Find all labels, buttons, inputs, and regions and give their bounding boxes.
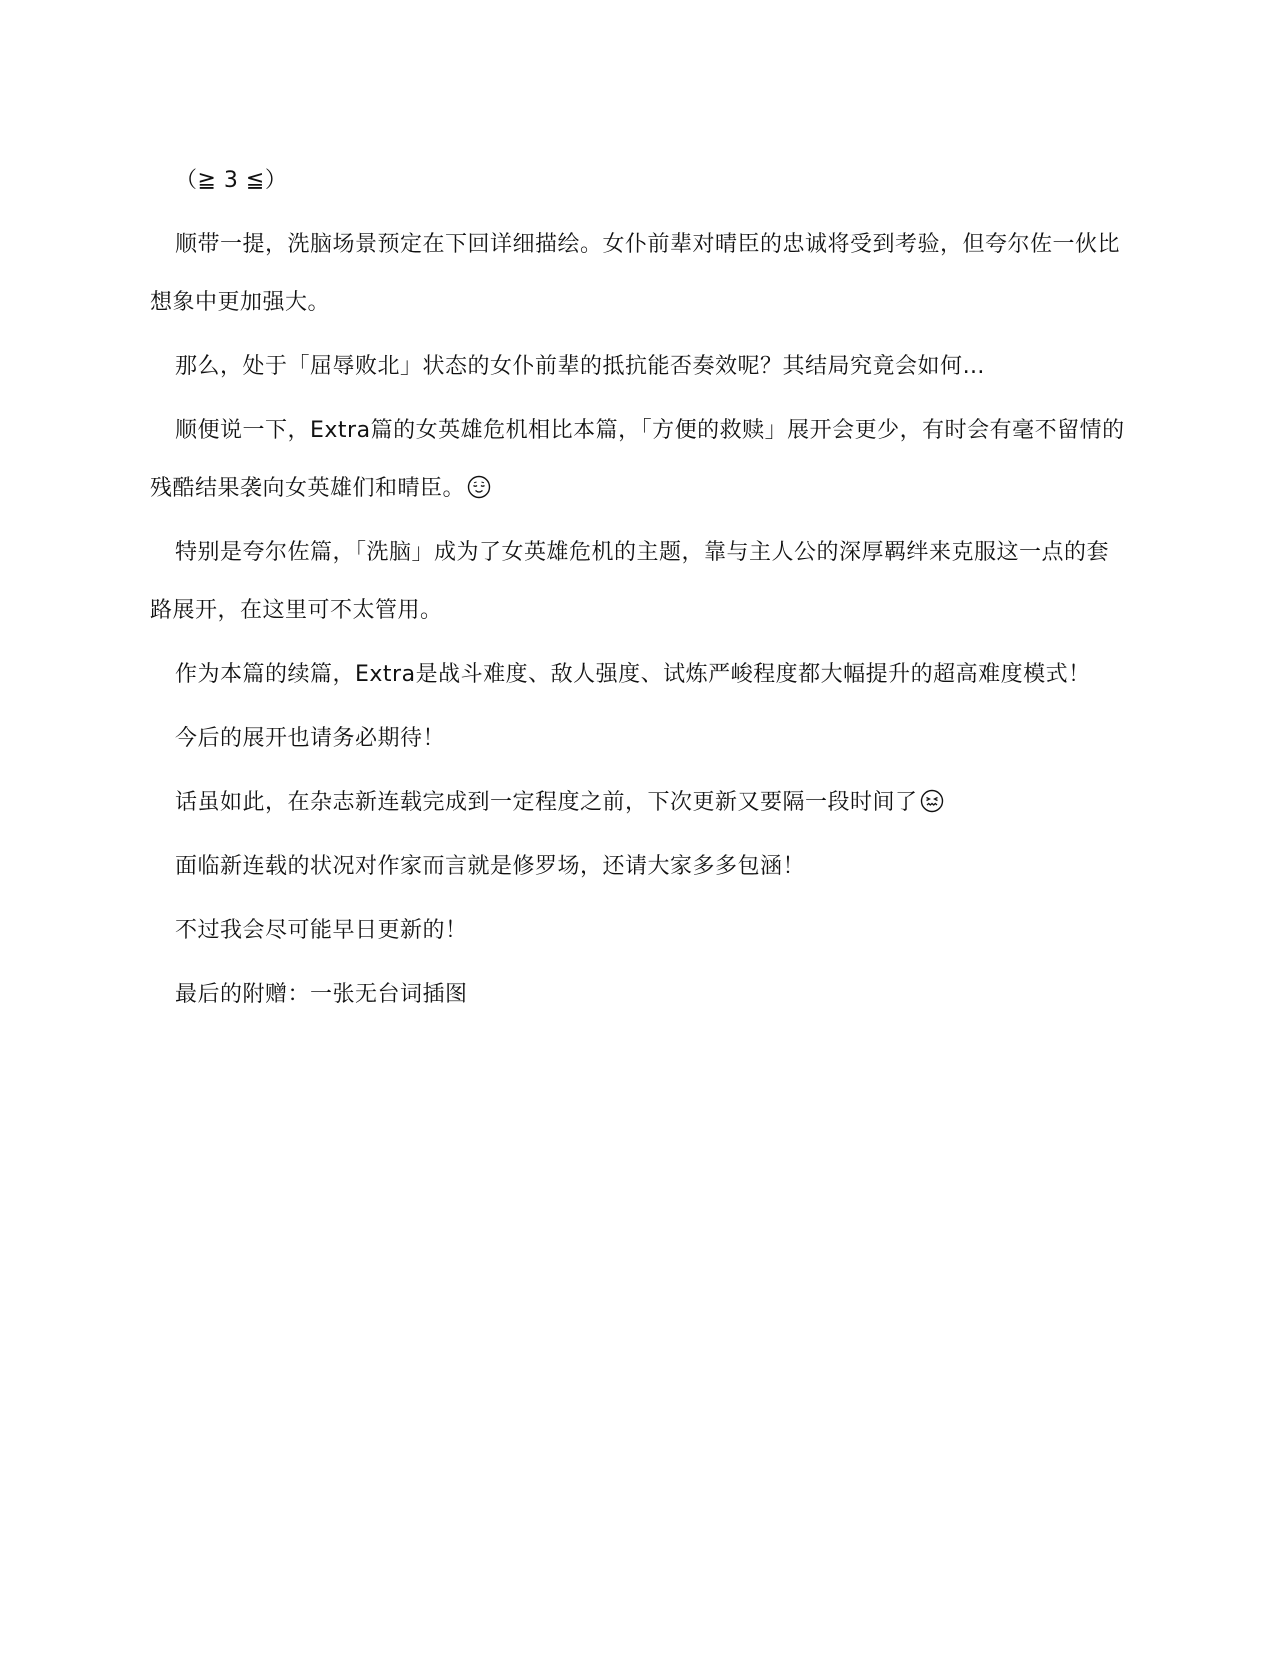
paragraph-bonus-illustration: 最后的附赠：一张无台词插图 bbox=[150, 966, 1130, 1024]
paragraph-serialization-apology: 面临新连载的状况对作家而言就是修罗场，还请大家多多包涵！ bbox=[150, 838, 1130, 896]
paragraph-quarzo-arc: 特别是夸尔佐篇，「洗脑」成为了女英雄危机的主题，靠与主人公的深厚羁绊来克服这一点… bbox=[150, 524, 1130, 640]
paragraph-update-promise: 不过我会尽可能早日更新的！ bbox=[150, 902, 1130, 960]
paragraph-text: 特别是夸尔佐篇，「洗脑」成为了女英雄危机的主题，靠与主人公的深厚羁绊来克服这一点… bbox=[150, 540, 1109, 623]
paragraph-text: 话虽如此，在杂志新连载完成到一定程度之前，下次更新又要隔一段时间了 bbox=[175, 790, 918, 815]
relieved-face-icon bbox=[467, 475, 491, 499]
paragraph-defeat-question: 那么，处于「屈辱败北」状态的女仆前辈的抵抗能否奏效呢？其结局究竟会如何… bbox=[150, 338, 1130, 396]
paragraph-text: （≧ 3 ≦） bbox=[175, 168, 287, 193]
paragraph-text: 作为本篇的续篇，Extra是战斗难度、敌人强度、试炼严峻程度都大幅提升的超高难度… bbox=[175, 662, 1091, 687]
paragraph-extra-chapter: 顺便说一下，Extra篇的女英雄危机相比本篇，「方便的救赎」展开会更少，有时会有… bbox=[150, 402, 1130, 518]
paragraph-brainwash-scene: 顺带一提，洗脑场景预定在下回详细描绘。女仆前辈对晴臣的忠诚将受到考验，但夸尔佐一… bbox=[150, 216, 1130, 332]
paragraph-text: 面临新连载的状况对作家而言就是修罗场，还请大家多多包涵！ bbox=[175, 854, 805, 879]
confounded-face-icon bbox=[920, 789, 944, 813]
paragraph-text: 顺便说一下，Extra篇的女英雄危机相比本篇，「方便的救赎」展开会更少，有时会有… bbox=[150, 418, 1125, 501]
paragraph-text: 不过我会尽可能早日更新的！ bbox=[175, 918, 468, 943]
paragraph-text: 最后的附赠：一张无台词插图 bbox=[175, 982, 468, 1007]
paragraph-text: 那么，处于「屈辱败北」状态的女仆前辈的抵抗能否奏效呢？其结局究竟会如何… bbox=[175, 354, 985, 379]
paragraph-update-delay: 话虽如此，在杂志新连载完成到一定程度之前，下次更新又要隔一段时间了 bbox=[150, 774, 1130, 832]
paragraph-text: 顺带一提，洗脑场景预定在下回详细描绘。女仆前辈对晴臣的忠诚将受到考验，但夸尔佐一… bbox=[150, 232, 1120, 315]
paragraph-look-forward: 今后的展开也请务必期待！ bbox=[150, 710, 1130, 768]
paragraph-extra-difficulty: 作为本篇的续篇，Extra是战斗难度、敌人强度、试炼严峻程度都大幅提升的超高难度… bbox=[150, 646, 1130, 704]
paragraph-kaomoji: （≧ 3 ≦） bbox=[150, 152, 1130, 210]
paragraph-text: 今后的展开也请务必期待！ bbox=[175, 726, 445, 751]
document-page: （≧ 3 ≦） 顺带一提，洗脑场景预定在下回详细描绘。女仆前辈对晴臣的忠诚将受到… bbox=[150, 152, 1130, 1030]
